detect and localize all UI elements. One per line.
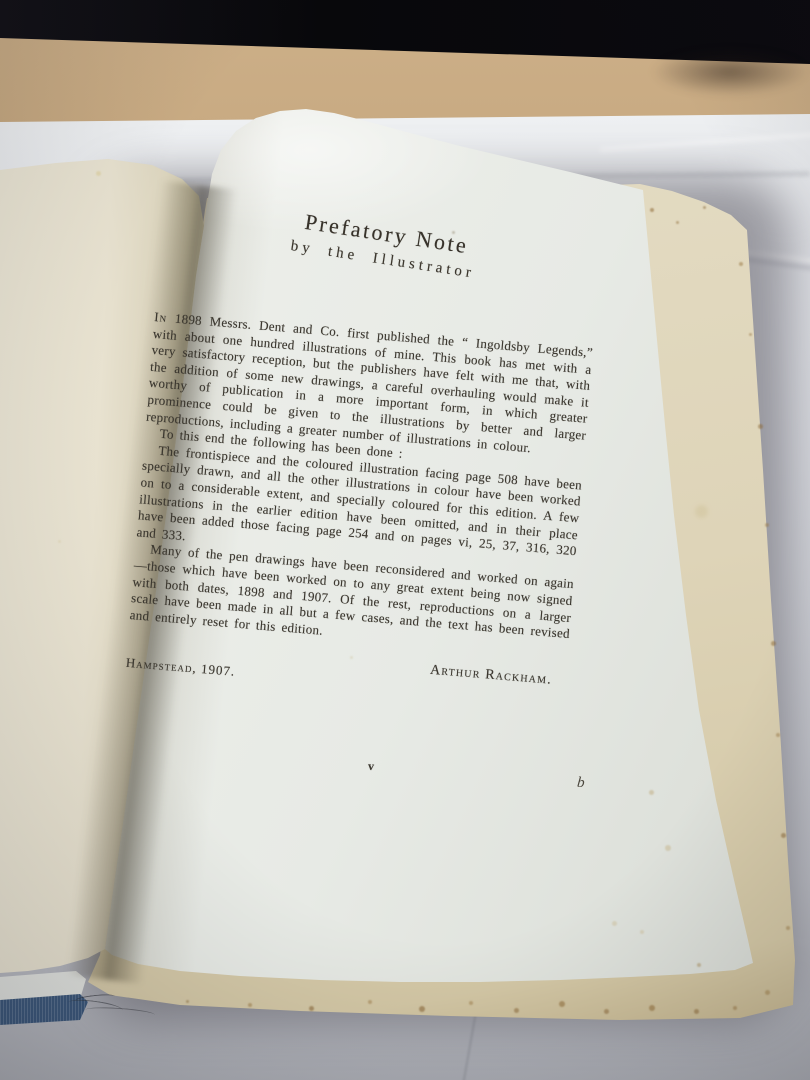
foxing-spot — [419, 1006, 425, 1012]
cloth-fold-highlight — [600, 132, 810, 151]
foxing-spot — [771, 641, 776, 646]
foxing-spot — [58, 540, 61, 543]
foxing-spot — [765, 523, 769, 527]
foxing-spot — [248, 1003, 252, 1007]
shelf-shadow — [650, 48, 810, 96]
foxing-spot — [514, 1008, 519, 1013]
foxing-spot — [676, 221, 679, 224]
foxing-spot — [452, 231, 455, 234]
foxing-spot — [469, 1001, 473, 1005]
page-body: In 1898 Messrs. Dent and Co. first publi… — [125, 309, 593, 707]
foxing-spot — [604, 1009, 609, 1014]
foxing-spot — [739, 262, 743, 266]
foxing-spot — [697, 963, 701, 967]
foxing-spot — [649, 1005, 655, 1011]
foxing-spot — [786, 926, 790, 930]
foxing-spot — [749, 333, 752, 336]
folio: v — [367, 759, 374, 774]
foxing-spot — [765, 990, 770, 995]
foxing-spot — [640, 930, 644, 934]
foxing-spot — [650, 208, 654, 212]
foxing-spot — [776, 733, 780, 737]
signature-mark: b — [576, 775, 585, 793]
foxing-spot — [368, 1000, 372, 1004]
foxing-spot — [350, 656, 353, 659]
foxing-spot — [733, 1006, 737, 1010]
foxing-spot — [649, 790, 654, 795]
foxing-spot — [96, 171, 101, 176]
foxing-spot — [612, 921, 617, 926]
foxing-spot — [695, 505, 708, 518]
foxing-spot — [694, 1009, 699, 1014]
foxing-spot — [186, 1000, 189, 1003]
foxing-spot — [559, 1001, 565, 1007]
foxing-spot — [309, 1006, 314, 1011]
foxing-spot — [781, 833, 786, 838]
foxing-spot — [665, 845, 671, 851]
photo-scene: Prefatory Note by the Illustrator In 189… — [0, 0, 810, 1080]
foxing-spot — [703, 206, 706, 209]
foxing-spot — [758, 424, 763, 429]
